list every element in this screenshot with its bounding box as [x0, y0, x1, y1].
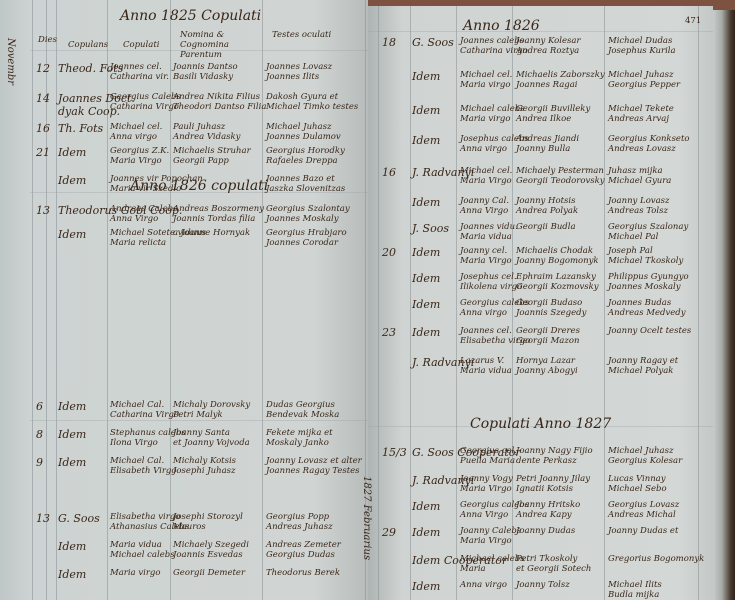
row-parentes: Andrea Nikita Filius Theodori Dantso Fil… [173, 92, 266, 112]
row-parentes: Joanny Nagy Fijio dente Perkasz [516, 446, 593, 466]
row-copulati: Joannes vir Popochan Maria vir Szedlo [110, 174, 203, 194]
row-testes: Theodorus Berek [266, 568, 340, 578]
row-parentes: Michaely Pesterman Georgii Teodorovsky [516, 166, 605, 186]
row-copulati: Lazarus V. Maria vidua [460, 356, 512, 376]
row-day: 9 [36, 456, 43, 469]
row-day: 21 [36, 146, 50, 159]
row-testes: Joanny Ragay et Michael Polyak [608, 356, 678, 376]
row-copulans: G. Soos [58, 512, 100, 525]
right-page-title: Anno 1826 [463, 18, 540, 34]
left-page-title: Anno 1825 Copulati [120, 8, 261, 24]
row-testes: Joseph Pal Michael Tkoskoly [608, 246, 683, 266]
row-testes: Fekete mijka et Moskaly Janko [266, 428, 333, 448]
row-parentes: a Joanne Hornyak [173, 228, 250, 238]
row-day: 20 [382, 246, 396, 259]
row-copulati: Maria virgo [110, 568, 160, 578]
row-copulati: Joanny cel. Maria Virgo [460, 246, 512, 266]
row-testes: Michael Juhasz Georgius Kolesar [608, 446, 682, 466]
row-testes: Gregorius Bogomonyk [608, 554, 704, 564]
row-testes: Michael Juhasz Joannes Dulamov [266, 122, 341, 142]
row-day: 6 [36, 400, 43, 413]
row-testes: Juhasz mijka Michael Gyura [608, 166, 671, 186]
row-copulati: Georgius Calebs Catharina Virgo [110, 92, 181, 112]
row-copulans: Idem [412, 134, 440, 147]
row-testes: Georgius Lovasz Andreas Michal [608, 500, 679, 520]
row-parentes: Joanny Tolsz [516, 580, 570, 590]
row-copulans: Idem [58, 228, 86, 241]
row-copulans: Idem [412, 500, 440, 513]
row-testes: Joannes Bazo et Jaszka Slovenitzas [266, 174, 345, 194]
row-parentes: Ephraim Lazansky Georgii Kozmovsky [516, 272, 599, 292]
row-copulati: Michael Cal. Catharina Virgo [110, 400, 179, 420]
row-copulati: Michael cel. Maria Virgo [460, 166, 512, 186]
row-parentes: Petri Joanny Jilay Ignatii Kotsis [516, 474, 590, 494]
row-testes: Georgius Hrabjaro Joannes Corodar [266, 228, 347, 248]
row-day: 15/3 [382, 446, 407, 459]
row-testes: Joanny Lovasz Andreas Tolsz [608, 196, 670, 216]
row-copulati: Josephus cel. Ilikolena virgo [460, 272, 522, 292]
row-testes: Dakosh Gyura et Michael Timko testes [266, 92, 358, 112]
row-parentes: Joanny Hritsko Andrea Kapy [516, 500, 580, 520]
row-parentes: Georgii Demeter [173, 568, 245, 578]
row-parentes: Michaely Szegedi Joannis Esvedas [173, 540, 249, 560]
right-section-heading: Copulati Anno 1827 [470, 416, 611, 432]
row-testes: Michael Dudas Josephus Kurila [608, 36, 676, 56]
row-day: 23 [382, 326, 396, 339]
row-day: 8 [36, 428, 43, 441]
row-copulati: Michael Cal. Elisabeth Virgo [110, 456, 176, 476]
row-day: 12 [36, 62, 50, 75]
header-parentum: Nomina & Cognomina Parentum [180, 30, 260, 60]
row-copulati: Andreas Calebs Anna Virgo [110, 204, 177, 224]
page-number: 471 [685, 16, 701, 26]
row-parentes: Andreas Jiandi Joanny Bulla [516, 134, 579, 154]
left-page: Anno 1825 Copulati Novembr Dies Copulans… [0, 0, 368, 600]
row-copulans: G. Soos [412, 36, 454, 49]
row-testes: Michael Ilits Budla mijka [608, 580, 662, 600]
row-copulans: Idem [412, 196, 440, 209]
row-copulans: Idem [58, 400, 86, 413]
row-copulans: Idem [412, 526, 440, 539]
row-copulati: Joanny Vogy Maria Virgo [460, 474, 513, 494]
row-day: 16 [36, 122, 50, 135]
row-testes: Michael Tekete Andreas Arvaj [608, 104, 674, 124]
row-day: 14 [36, 92, 50, 105]
row-testes: Joannes Budas Andreas Medvedy [608, 298, 686, 318]
row-testes: Joanny Dudas et [608, 526, 678, 536]
row-copulans: Idem [58, 568, 86, 581]
row-day: 13 [36, 204, 50, 217]
row-parentes: Pauli Juhasz Andrea Vidasky [173, 122, 240, 142]
row-copulati: Michael calebs Maria virgo [460, 104, 525, 124]
row-testes: Georgius Horodky Rafaeles Dreppa [266, 146, 345, 166]
row-parentes: Petri Tkoskoly et Georgii Sotech [516, 554, 591, 574]
row-testes: Joanny Ocelt testes [608, 326, 691, 336]
row-copulans: Idem [58, 146, 86, 159]
row-day: 18 [382, 36, 396, 49]
row-copulati: Michael cel. Maria virgo [460, 70, 512, 90]
row-copulans: Idem [58, 428, 86, 441]
row-parentes: Joanny Hotsis Andrea Polyak [516, 196, 578, 216]
row-copulati: Maria vidua Michael calebs [110, 540, 175, 560]
row-parentes: Joanny Dudas [516, 526, 575, 536]
row-copulati: Joannes vidu. Maria vidua [460, 222, 518, 242]
row-copulans: J. Soos [412, 222, 449, 235]
row-copulati: Georgius cel. Puella Maria [460, 446, 517, 466]
row-testes: Georgius Konkseto Andreas Lovasz [608, 134, 690, 154]
row-testes: Georgius Szalontay Joannes Moskaly [266, 204, 350, 224]
row-day: 29 [382, 526, 396, 539]
row-parentes: Georgii Budla [516, 222, 576, 232]
row-testes: Philippus Gyungyo Joannes Moskaly [608, 272, 689, 292]
row-copulans: Idem [412, 246, 440, 259]
row-copulans: Idem [412, 104, 440, 117]
row-parentes: Georgii Budaso Joannis Szegedy [516, 298, 586, 318]
book-edge [713, 10, 735, 600]
row-parentes: Michaelis Struhar Georgii Papp [173, 146, 251, 166]
row-testes: Georgius Popp Andreas Juhasz [266, 512, 333, 532]
row-copulans: Idem [58, 456, 86, 469]
row-parentes: Joannis Dantso Basili Vidasky [173, 62, 238, 82]
row-copulans: Idem [412, 298, 440, 311]
row-parentes: Michaelis Chodak Joanny Bogomonyk [516, 246, 599, 266]
header-copulans: Copulans [68, 40, 108, 50]
right-side-label: 1827 Februarius [361, 476, 372, 560]
row-copulati: Joanny Cal. Anna Virgo [460, 196, 509, 216]
row-copulati: Anna virgo [460, 580, 507, 590]
row-day: 16 [382, 166, 396, 179]
row-parentes: Michaelis Zaborszky Joannes Ragai [516, 70, 605, 90]
row-copulans: Idem [412, 70, 440, 83]
row-day: 13 [36, 512, 50, 525]
row-parentes: Joanny Kolesar Andrea Roztya [516, 36, 581, 56]
row-copulati: Michael cel. Anna virgo [110, 122, 162, 142]
row-copulati: Joanny Calebs Maria Virgo [460, 526, 521, 546]
row-testes: Lucas Vinnay Michael Sebo [608, 474, 667, 494]
right-page: Anno 1826 471 Copulati Anno 1827 1827 Fe… [368, 6, 713, 600]
row-parentes: Michaly Kotsis Josephi Juhasz [173, 456, 236, 476]
left-side-label: Novembr [5, 38, 16, 85]
row-parentes: Hornya Lazar Joanny Abogyi [516, 356, 578, 376]
row-parentes: Georgii Buvilleky Andrea Ilkoe [516, 104, 590, 124]
row-copulans: Idem [58, 174, 86, 187]
row-copulans: Idem [412, 580, 440, 593]
row-copulati: Joannes cel. Catharina vir. [110, 62, 169, 82]
row-testes: Joanny Lovasz et alter Joannes Ragay Tes… [266, 456, 362, 476]
row-copulans: Idem [412, 326, 440, 339]
row-parentes: Josephi Storozyl Mauros [173, 512, 243, 532]
header-testes: Testes oculati [272, 30, 331, 40]
row-copulati: Michael calebs Maria [460, 554, 525, 574]
row-parentes: Michaly Dorovsky Petri Malyk [173, 400, 250, 420]
header-copulati: Copulati [123, 40, 159, 50]
header-dies: Dies [38, 35, 57, 45]
row-copulans: Idem [58, 540, 86, 553]
row-copulati: Georgius Z.K. Maria Virgo [110, 146, 169, 166]
row-copulans: Idem [412, 272, 440, 285]
row-parentes: Andreas Boszormeny Joannis Tordas filia [173, 204, 264, 224]
row-testes: Joannes Lovasz Joannes Ilits [266, 62, 332, 82]
row-testes: Dudas Georgius Bendevak Moska [266, 400, 339, 420]
row-parentes: Joanny Santa et Joanny Vojvoda [173, 428, 250, 448]
row-parentes: Georgii Dreres Georgii Mazon [516, 326, 580, 346]
book-spread: Anno 1825 Copulati Novembr Dies Copulans… [0, 0, 735, 600]
row-testes: Georgius Szalonay Michael Pal [608, 222, 688, 242]
row-testes: Michael Juhasz Georgius Pepper [608, 70, 680, 90]
row-copulans: Th. Fots [58, 122, 103, 135]
row-testes: Andreas Zemeter Georgius Dudas [266, 540, 341, 560]
